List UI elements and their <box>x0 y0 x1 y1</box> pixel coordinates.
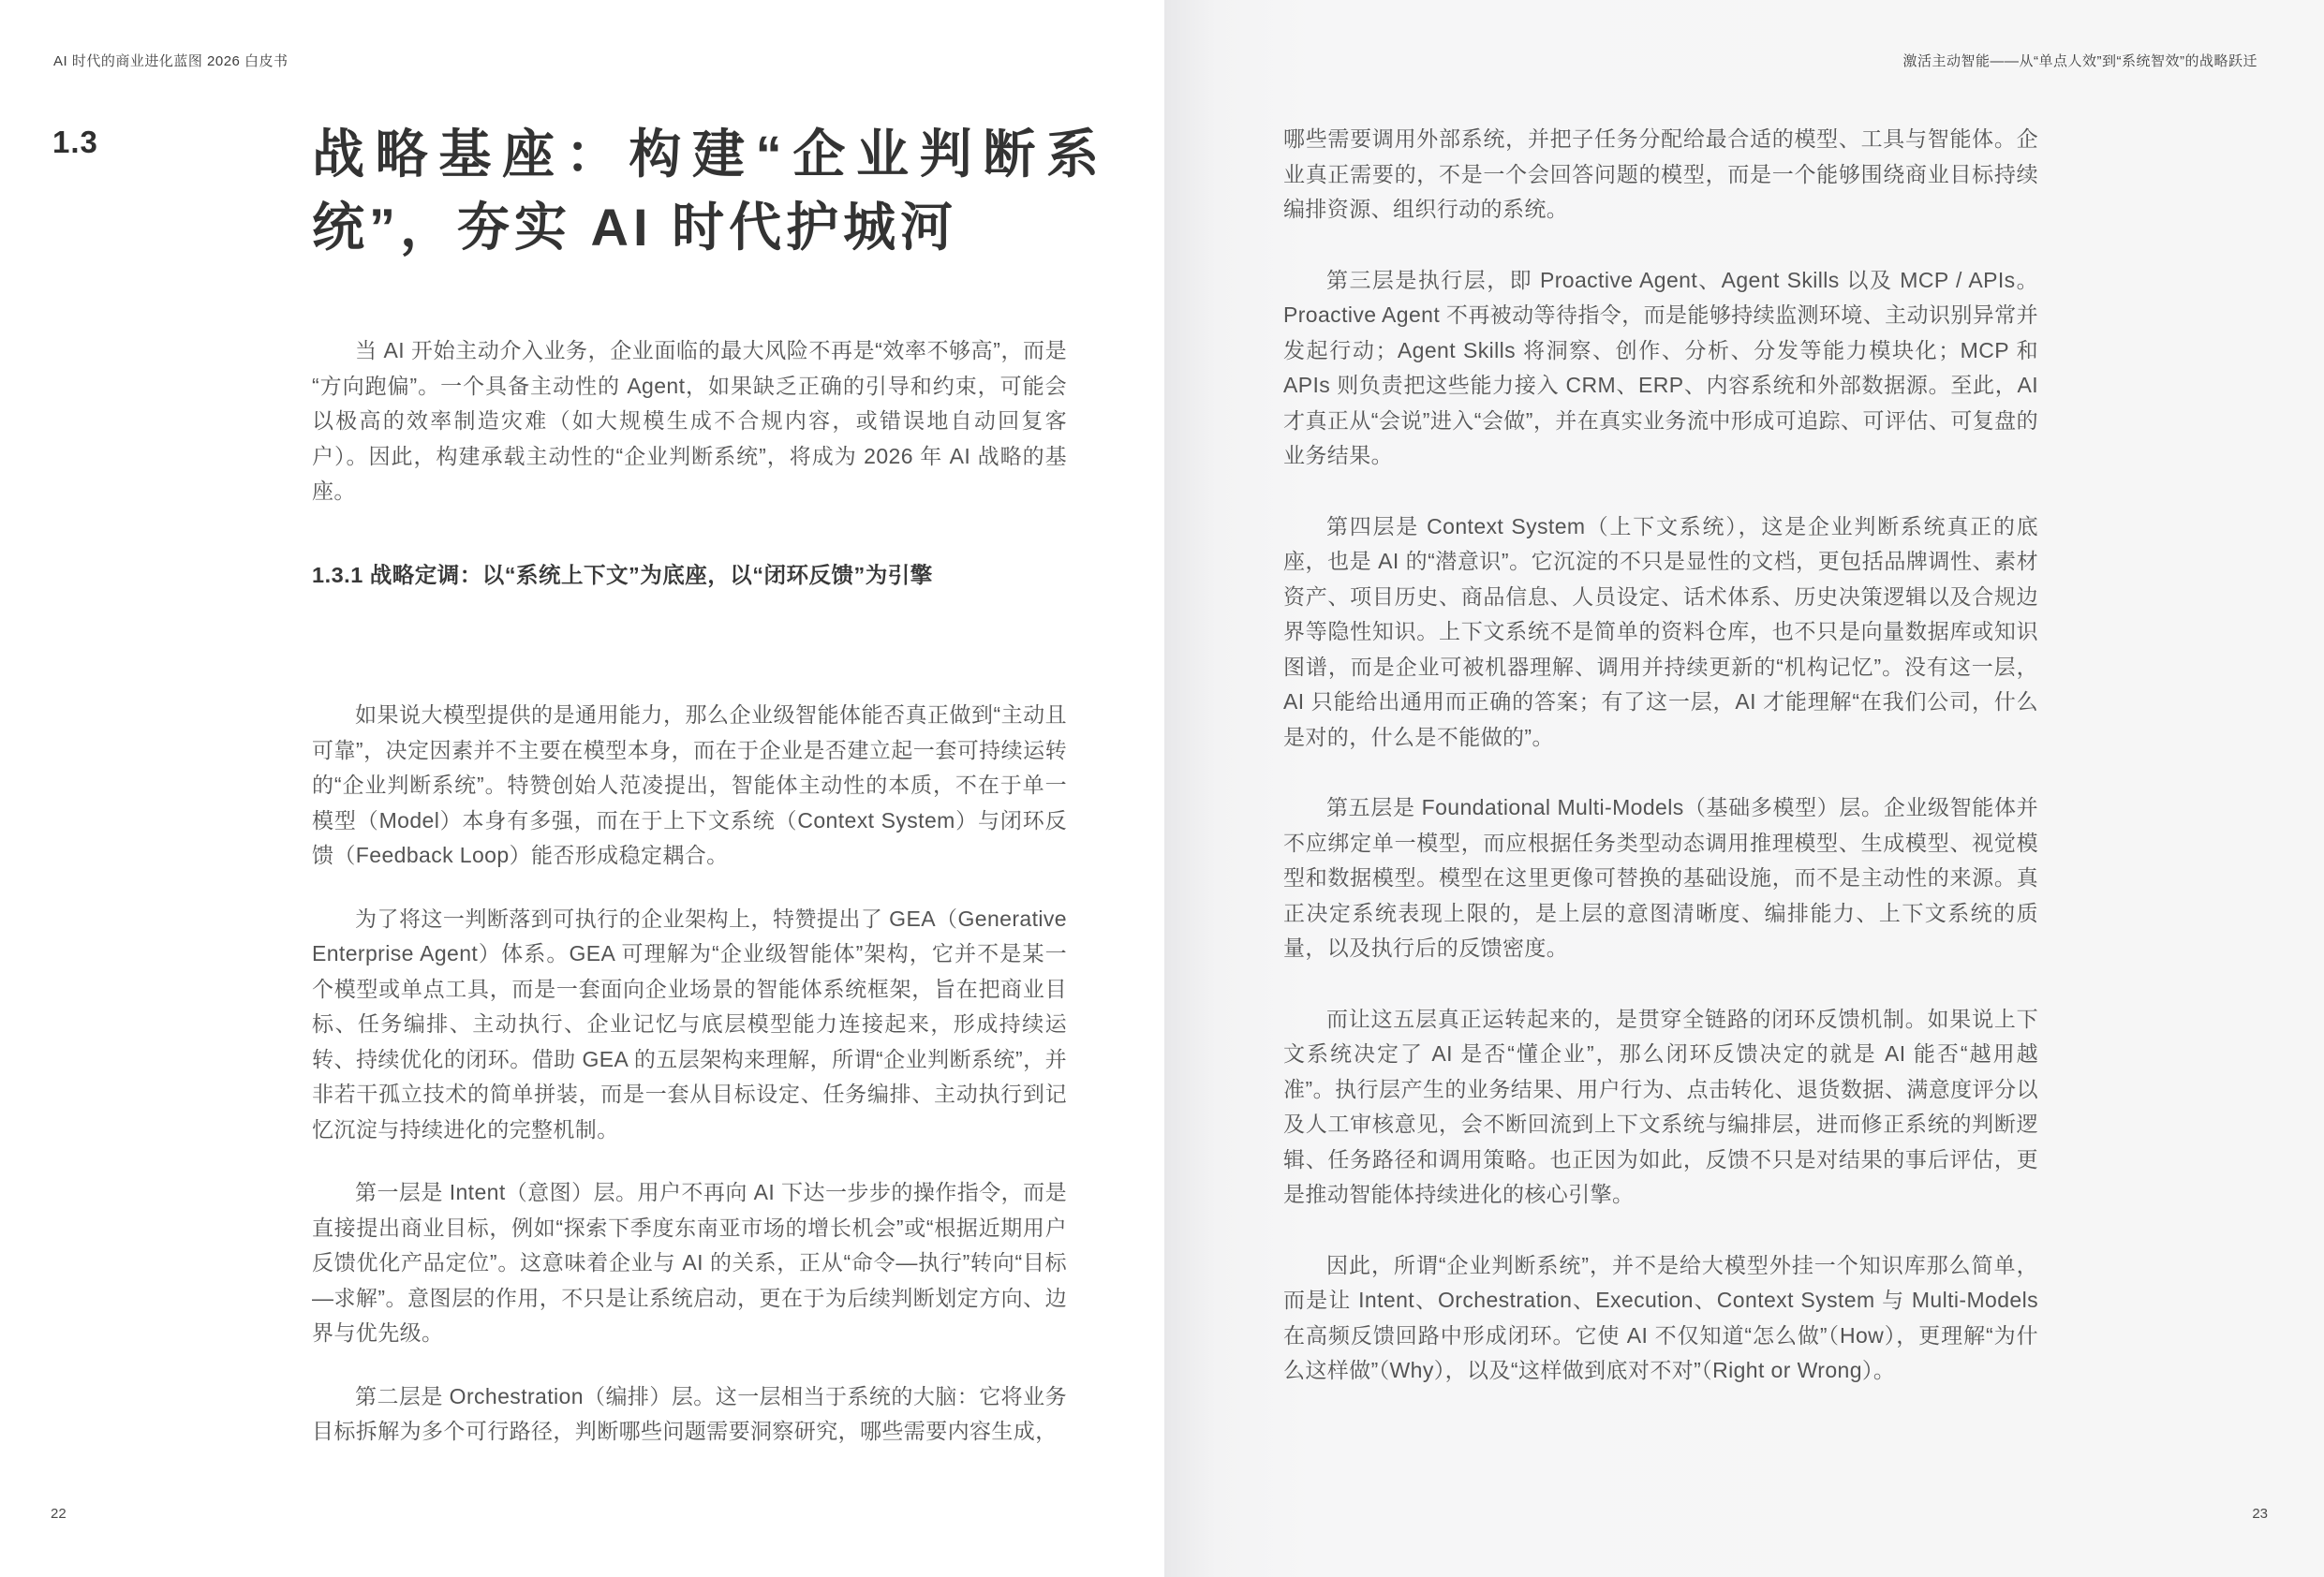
paragraph: 第五层是 Foundational Multi-Models（基础多模型）层。企… <box>1283 790 2038 966</box>
paragraph: 如果说大模型提供的是通用能力，那么企业级智能体能否真正做到“主动且可靠”，决定因… <box>312 698 1067 874</box>
right-body-column: 哪些需要调用外部系统，并把子任务分配给最合适的模型、工具与智能体。企业真正需要的… <box>1283 122 2038 1424</box>
paragraph: 为了将这一判断落到可执行的企业架构上，特赞提出了 GEA（Generative … <box>312 902 1067 1148</box>
chapter-title: 战略基座：构建“企业判断系统”，夯实 AI 时代护城河 <box>312 118 1103 264</box>
intro-paragraphs: 当 AI 开始主动介入业务，企业面临的最大风险不再是“效率不够高”，而是“方向跑… <box>312 333 1067 509</box>
paragraph: 而让这五层真正运转起来的，是贯穿全链路的闭环反馈机制。如果说上下文系统决定了 A… <box>1283 1002 2038 1213</box>
paragraph: 第四层是 Context System（上下文系统），这是企业判断系统真正的底座… <box>1283 509 2038 756</box>
paragraph: 当 AI 开始主动介入业务，企业面临的最大风险不再是“效率不够高”，而是“方向跑… <box>312 333 1067 509</box>
left-body-column: 当 AI 开始主动介入业务，企业面临的最大风险不再是“效率不够高”，而是“方向跑… <box>312 333 1067 1478</box>
running-header-left: AI 时代的商业进化蓝图 2026 白皮书 <box>53 51 289 70</box>
paragraph: 哪些需要调用外部系统，并把子任务分配给最合适的模型、工具与智能体。企业真正需要的… <box>1283 122 2038 228</box>
page-number-right: 23 <box>2252 1506 2268 1522</box>
subsection-heading: 1.3.1 战略定调：以“系统上下文”为底座，以“闭环反馈”为引擎 <box>312 558 1067 594</box>
page-right: 激活主动智能——从“单点人效”到“系统智效”的战略跃迁 哪些需要调用外部系统，并… <box>1164 0 2324 1577</box>
paragraph: 因此，所谓“企业判断系统”，并不是给大模型外挂一个知识库那么简单，而是让 Int… <box>1283 1248 2038 1389</box>
running-header-right: 激活主动智能——从“单点人效”到“系统智效”的战略跃迁 <box>1903 51 2257 70</box>
book-spread: AI 时代的商业进化蓝图 2026 白皮书 1.3 战略基座：构建“企业判断系统… <box>0 0 2324 1577</box>
right-paragraphs: 哪些需要调用外部系统，并把子任务分配给最合适的模型、工具与智能体。企业真正需要的… <box>1283 122 2038 1389</box>
page-left: AI 时代的商业进化蓝图 2026 白皮书 1.3 战略基座：构建“企业判断系统… <box>0 0 1164 1577</box>
paragraph: 第三层是执行层，即 Proactive Agent、Agent Skills 以… <box>1283 263 2038 474</box>
section-number: 1.3 <box>52 125 98 160</box>
body-paragraphs: 如果说大模型提供的是通用能力，那么企业级智能体能否真正做到“主动且可靠”，决定因… <box>312 698 1067 1450</box>
page-number-left: 22 <box>51 1506 67 1522</box>
paragraph: 第一层是 Intent（意图）层。用户不再向 AI 下达一步步的操作指令，而是直… <box>312 1175 1067 1351</box>
paragraph: 第二层是 Orchestration（编排）层。这一层相当于系统的大脑：它将业务… <box>312 1379 1067 1450</box>
